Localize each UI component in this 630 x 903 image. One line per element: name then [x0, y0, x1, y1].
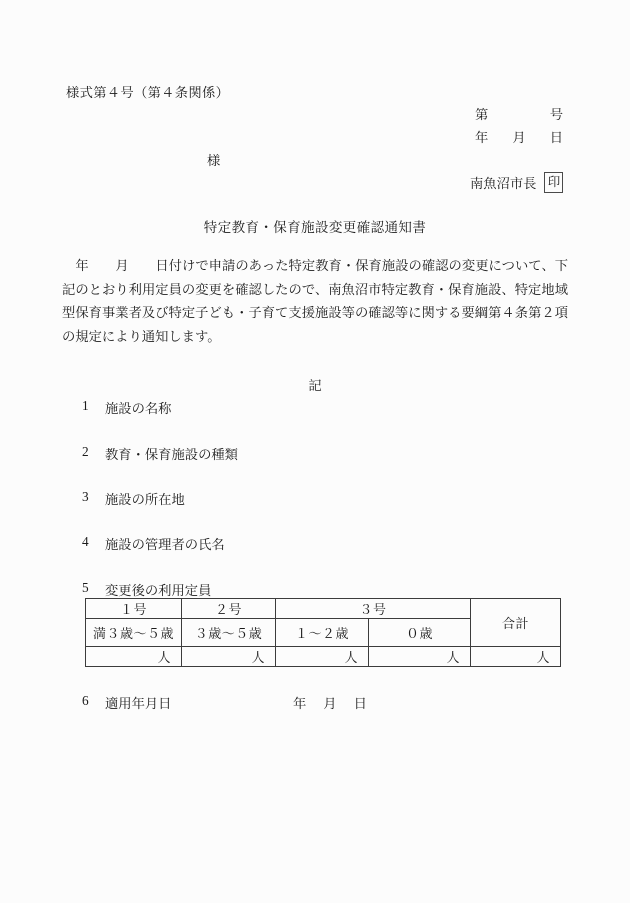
apply-date-line: 年 月 日 [293, 693, 367, 712]
item-label: 施設の名称 [105, 398, 171, 417]
body-line-4: の規定により通知します。 [62, 325, 568, 349]
capacity-cell-age1to2: 人 [276, 647, 369, 667]
body-line-1: 年 月 日付けで申請のあった特定教育・保育施設の確認の変更について、下 [62, 254, 568, 278]
document-title: 特定教育・保育施設変更確認通知書 [0, 216, 630, 236]
list-item-1: 1 施設の名称 [82, 398, 171, 417]
capacity-cell-age0: 人 [369, 647, 471, 667]
body-line-2: 記のとおり利用定員の変更を確認したので、南魚沼市特定教育・保育施設、特定地域 [62, 278, 568, 302]
item-label: 教育・保育施設の種類 [105, 444, 238, 463]
doc-number-suffix: 号 [550, 104, 563, 123]
col-header-total: 合計 [471, 599, 561, 647]
item-label: 変更後の利用定員 [105, 580, 211, 599]
capacity-table: １号 ２号 ３号 合計 満３歳～５歳 ３歳～５歳 １～２歳 ０歳 人 人 人 人… [85, 598, 561, 667]
body-line-3: 型保育事業者及び特定子ども・子育て支援施設等の確認等に関する要綱第４条第２項 [62, 301, 568, 325]
addressee-suffix: 様 [207, 150, 220, 169]
item-number: 4 [82, 534, 105, 553]
issue-date-year: 年 [475, 127, 488, 146]
col-subheader-age3to5: ３歳～５歳 [182, 619, 276, 647]
issue-date-day: 日 [550, 127, 563, 146]
list-item-6: 6 適用年月日 [82, 693, 171, 712]
capacity-cell-total: 人 [471, 647, 561, 667]
seal-box: 印 [544, 172, 563, 193]
document-page: 様式第４号（第４条関係） 第 号 年 月 日 様 南魚沼市長 印 特定教育・保育… [0, 0, 630, 903]
sender-line: 南魚沼市長 印 [470, 172, 563, 193]
item-number: 6 [82, 693, 105, 712]
col-header-class2: ２号 [182, 599, 276, 619]
col-subheader-age1to2: １～２歳 [276, 619, 369, 647]
apply-date-month: 月 [323, 693, 336, 712]
body-paragraph: 年 月 日付けで申請のあった特定教育・保育施設の確認の変更について、下 記のとお… [62, 254, 568, 348]
item-label: 施設の管理者の氏名 [105, 534, 225, 553]
form-number: 様式第４号（第４条関係） [66, 82, 229, 101]
doc-number-prefix: 第 [475, 104, 488, 123]
ki-heading: 記 [0, 375, 630, 394]
document-number-line: 第 号 [475, 104, 563, 123]
col-subheader-age0: ０歳 [369, 619, 471, 647]
col-subheader-age3to5-full: 満３歳～５歳 [86, 619, 182, 647]
item-label: 適用年月日 [105, 693, 171, 712]
capacity-cell-class1: 人 [86, 647, 182, 667]
item-number: 5 [82, 580, 105, 599]
col-header-class3: ３号 [276, 599, 471, 619]
list-item-2: 2 教育・保育施設の種類 [82, 444, 238, 463]
col-header-class1: １号 [86, 599, 182, 619]
apply-date-year: 年 [293, 693, 306, 712]
item-label: 施設の所在地 [105, 489, 185, 508]
apply-date-day: 日 [354, 693, 367, 712]
sender-title: 南魚沼市長 [470, 173, 536, 192]
list-item-4: 4 施設の管理者の氏名 [82, 534, 225, 553]
item-number: 1 [82, 398, 105, 417]
item-number: 3 [82, 489, 105, 508]
item-number: 2 [82, 444, 105, 463]
list-item-3: 3 施設の所在地 [82, 489, 185, 508]
capacity-cell-class2: 人 [182, 647, 276, 667]
issue-date-month: 月 [512, 127, 525, 146]
issue-date-line: 年 月 日 [475, 127, 563, 146]
list-item-5: 5 変更後の利用定員 [82, 580, 211, 599]
